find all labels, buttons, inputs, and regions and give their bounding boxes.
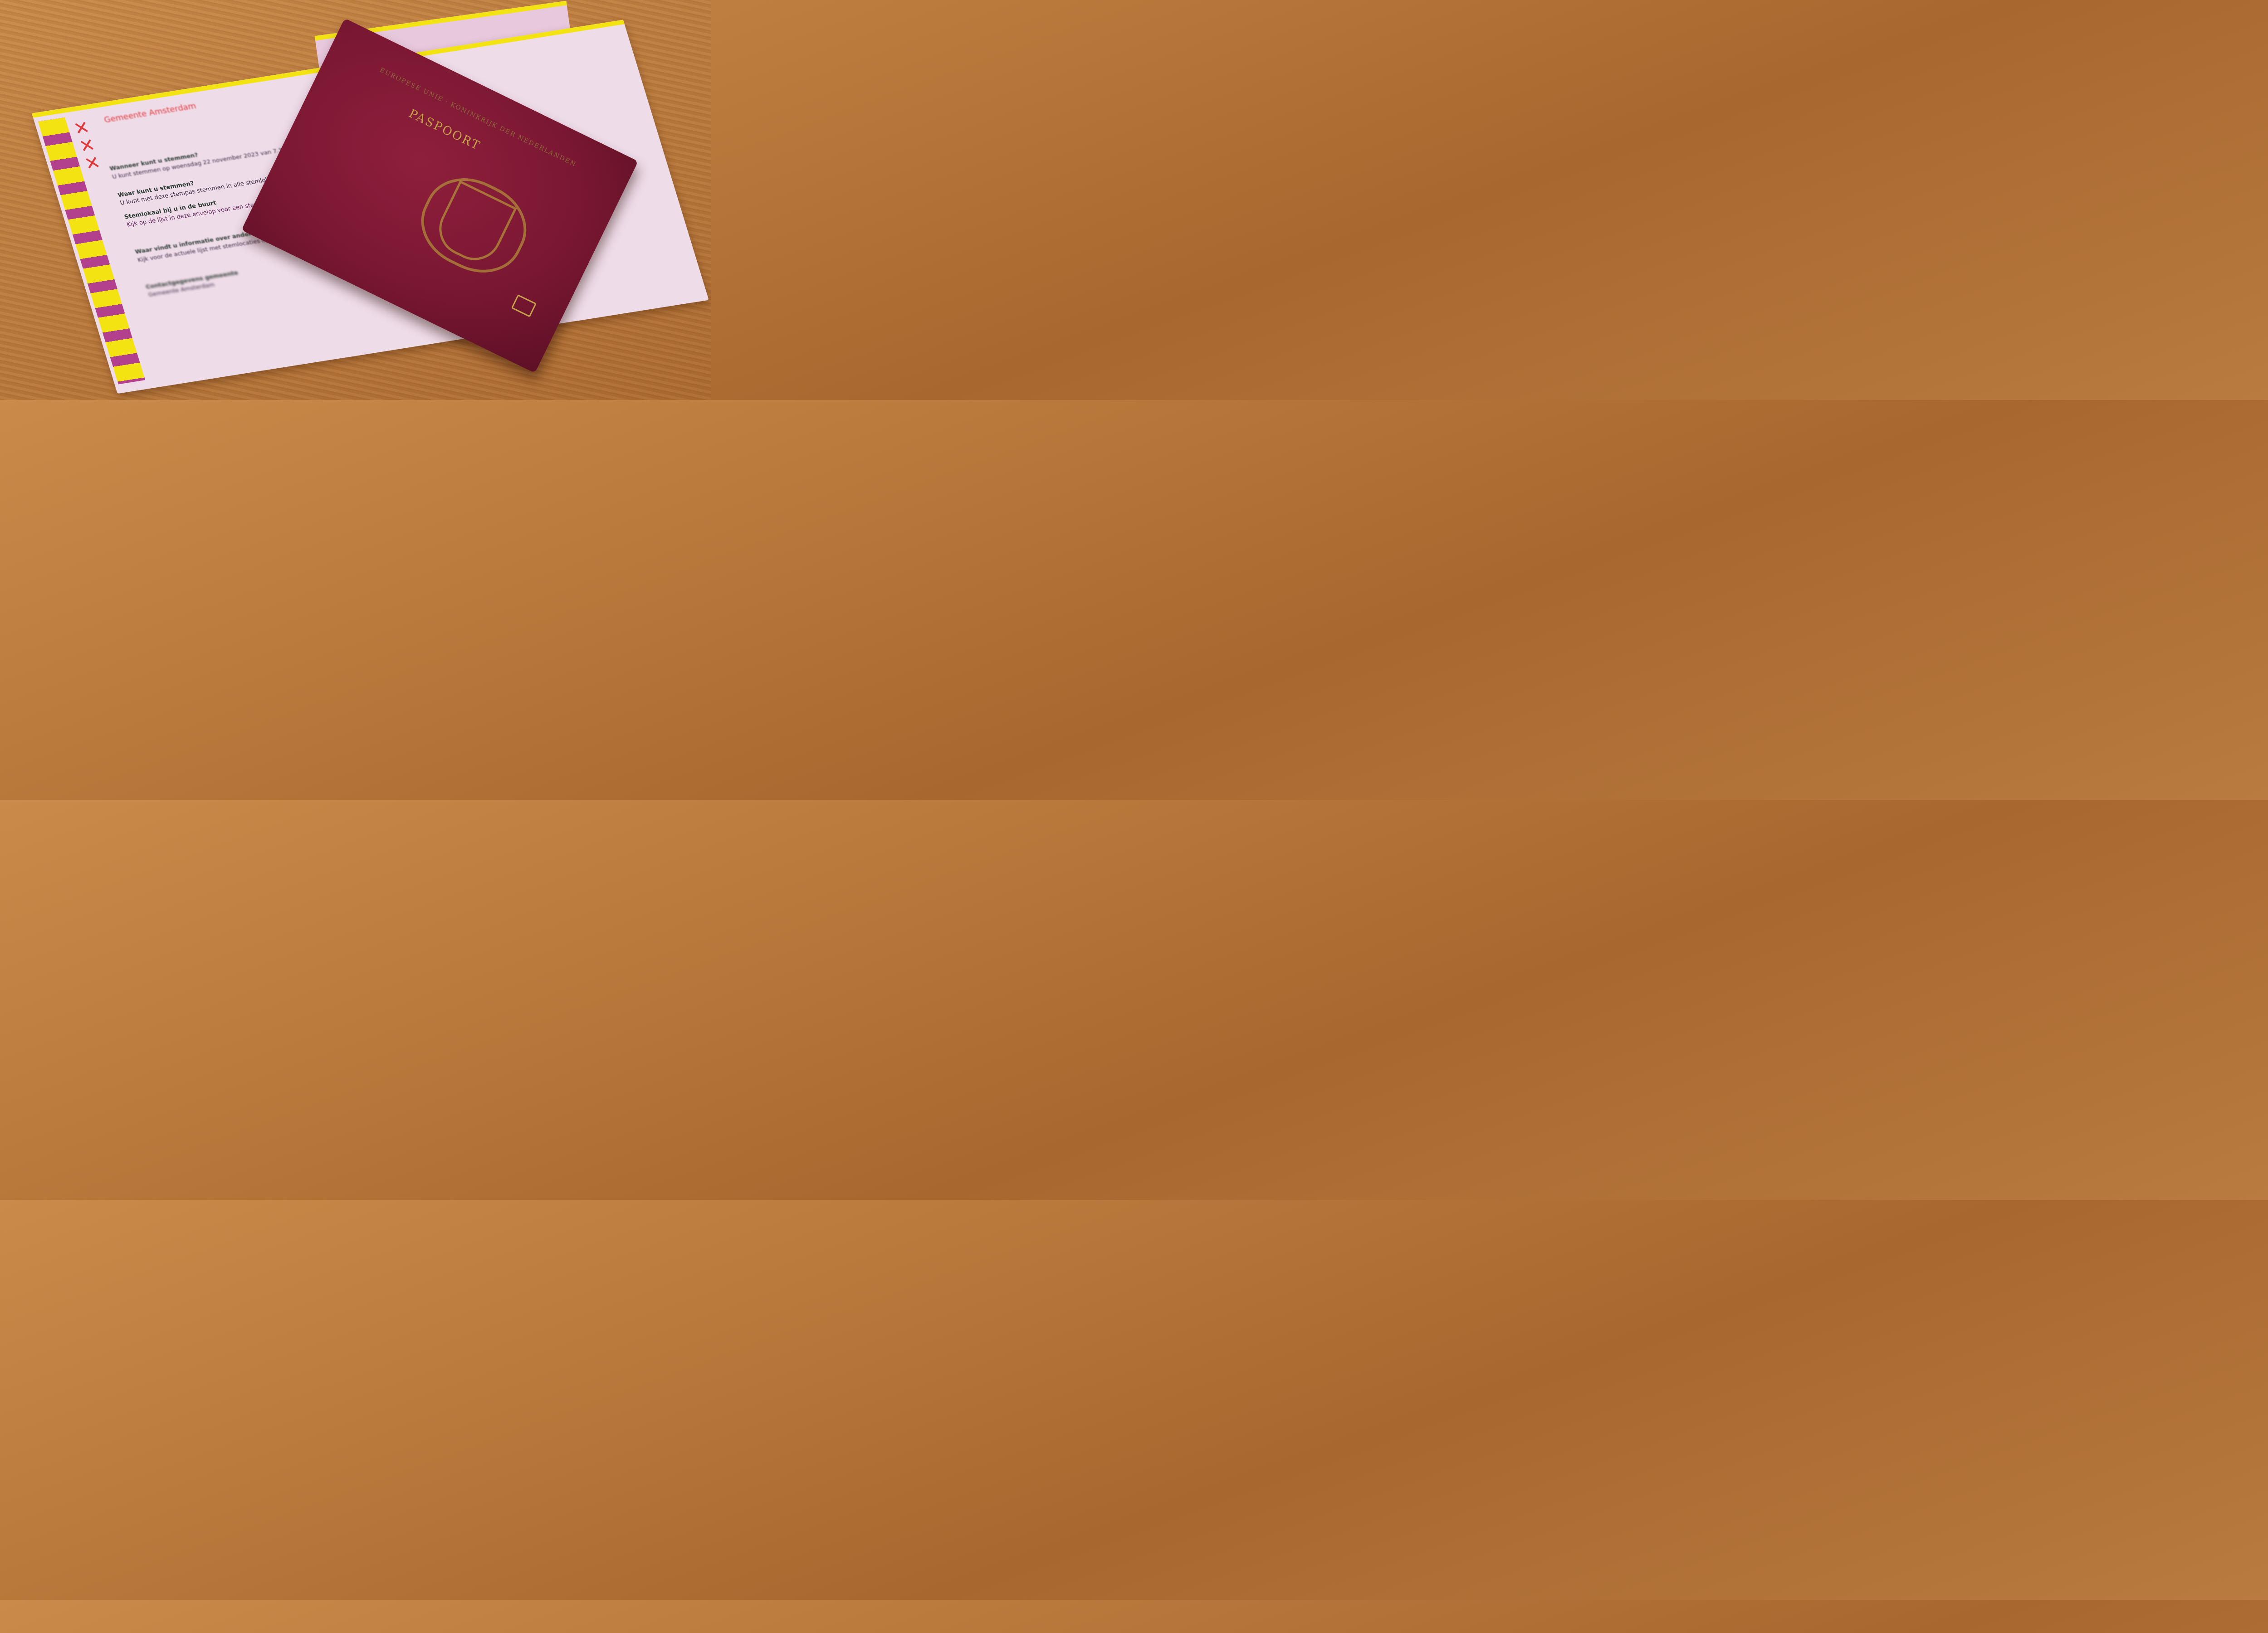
biometric-chip-icon xyxy=(511,294,537,317)
municipality-name: Gemeente Amsterdam xyxy=(103,102,197,126)
section-contact: Contactgegevens gemeenteGemeente Amsterd… xyxy=(145,269,241,299)
